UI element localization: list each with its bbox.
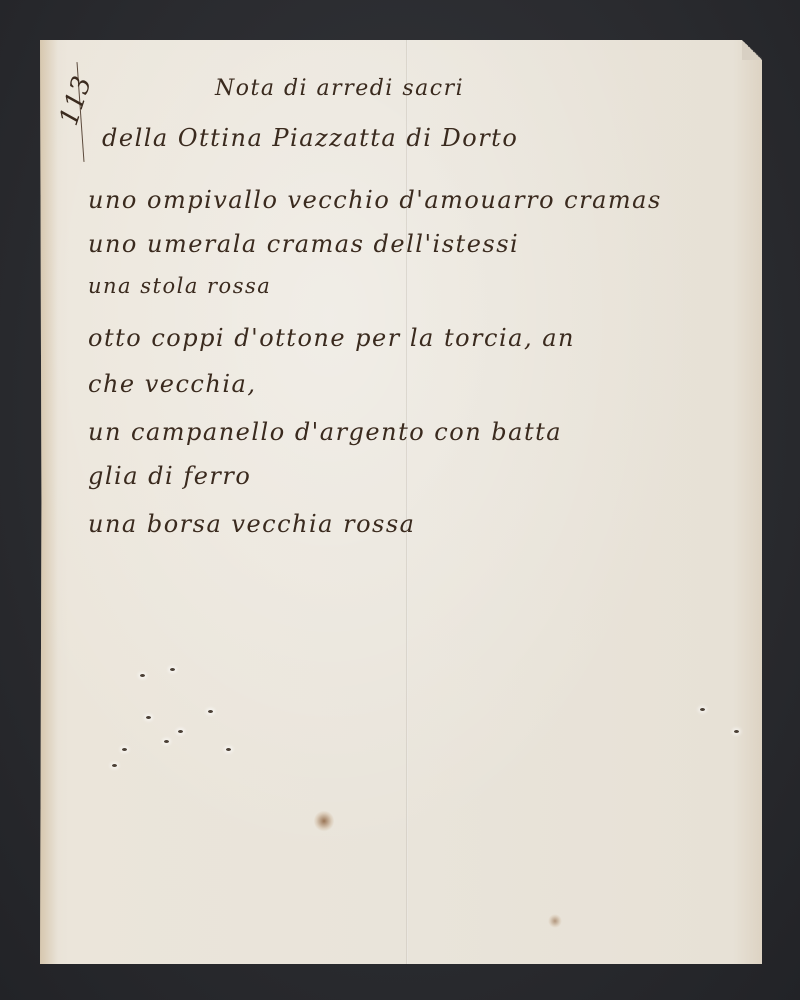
pinhole-mark <box>734 730 739 733</box>
margin-number: 113 <box>54 73 98 129</box>
text-line: una stola rossa <box>88 274 271 298</box>
text-line: che vecchia, <box>88 370 256 398</box>
text-line: glia di ferro <box>88 462 251 490</box>
ink-stain <box>314 810 334 832</box>
center-fold-crease <box>406 40 408 964</box>
manuscript-page: 113 Nota di arredi sacri della Ottina Pi… <box>40 40 762 964</box>
text-line: un campanello d'argento con batta <box>88 418 562 446</box>
pinhole-mark <box>140 674 145 677</box>
pinhole-mark <box>112 764 117 767</box>
pinhole-mark <box>226 748 231 751</box>
text-line: otto coppi d'ottone per la torcia, an <box>88 324 575 352</box>
pinhole-mark <box>208 710 213 713</box>
document-subtitle: della Ottina Piazzatta di Dorto <box>102 124 518 152</box>
text-line: uno umerala cramas dell'istessi <box>88 230 519 258</box>
pinhole-mark <box>700 708 705 711</box>
pinhole-mark <box>146 716 151 719</box>
ink-stain <box>548 914 562 928</box>
pinhole-mark <box>170 668 175 671</box>
text-line: uno ompivallo vecchio d'amouarro cramas <box>88 186 662 214</box>
pinhole-mark <box>164 740 169 743</box>
pinhole-mark <box>178 730 183 733</box>
text-line: una borsa vecchia rossa <box>88 510 415 538</box>
document-title: Nota di arredi sacri <box>215 76 464 101</box>
pinhole-mark <box>122 748 127 751</box>
